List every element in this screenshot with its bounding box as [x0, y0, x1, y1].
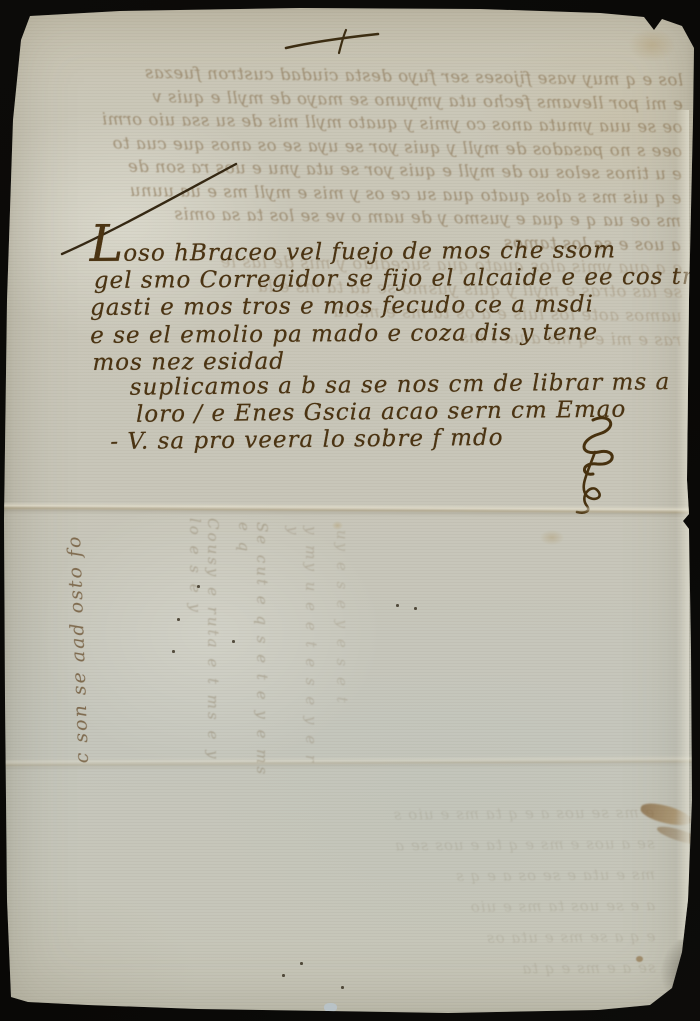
ink-speckle: [177, 618, 180, 621]
bleedthrough-line: e q a se ms e uta os: [55, 921, 655, 957]
brown-stain-streak: [639, 800, 693, 828]
invocation-cross-mark: [282, 26, 382, 56]
edge-mark: [324, 1003, 337, 1012]
bleedthrough-line: ms e uta e se os a e q s: [55, 859, 655, 895]
bleedthrough-line: oe se uua ymuta anos co ymis y quato myl…: [14, 106, 682, 139]
stain-spot: [628, 28, 676, 62]
petition-line: e se el emolio pa mado e coza dis y tene: [90, 319, 655, 350]
paper-sheet: los e q muy vase fijoses ser fuyo desta …: [0, 0, 700, 1021]
bleedthrough-column: y my u e e t e s e y e r y: [284, 526, 320, 778]
ink-speckle: [282, 974, 285, 977]
rubric-flourish: [535, 412, 635, 517]
petition-line: Loso hBraceo vel fuejo de mos che ssom: [89, 222, 654, 268]
ink-speckle: [300, 962, 303, 965]
bleedthrough-column: Se cut e q s e t e y e ms e q: [235, 522, 271, 778]
ink-speckle: [232, 640, 235, 643]
bleedthrough-line: e ms se uos a e q ta ms e uio s: [54, 797, 654, 833]
bleedthrough-vertical-columns: Cousy e ruta e t ms e y lo e s e y Se cu…: [186, 518, 351, 778]
ink-speckle: [197, 585, 200, 588]
ink-speckle: [414, 607, 417, 610]
bleedthrough-line: se a uos e ms e q ta e uos se a: [54, 828, 654, 864]
bleedthrough-line: e mi por llevams fecho uta ymyuno se may…: [15, 83, 683, 116]
bleedthrough-line: los e q muy vase fijoses ser fuyo desta …: [15, 59, 683, 92]
stain-spot: [636, 956, 643, 962]
ink-speckle: [172, 650, 175, 653]
margin-note-vertical: c son se aad osto fo: [63, 529, 93, 770]
bleedthrough-line: a e se uos ta ms e uio: [55, 890, 655, 926]
bleedthrough-line: se a e ms e q ta: [56, 952, 656, 988]
bleedthrough-column: Cousy e ruta e t ms e y lo e s e y: [186, 518, 222, 778]
petition-paragraph: Loso hBraceo vel fuejo de mos che ssom g…: [89, 222, 655, 377]
petition-line: gasti e mos tros e mos fecudo ce a msdi: [90, 291, 655, 322]
bleedthrough-column: uy e s e y e s e t: [333, 530, 351, 778]
ink-speckle: [341, 986, 344, 989]
bleedthrough-text-bottom: e ms se uos a e q ta ms e uio s se a uos…: [54, 797, 656, 988]
stain-spot: [540, 530, 564, 545]
petition-line: gel smo Corregidor se fijo el alcaide e …: [94, 264, 655, 295]
photo-background: los e q muy vase fijoses ser fuyo desta …: [0, 0, 700, 1021]
brown-stain-streak: [655, 823, 700, 848]
ink-speckle: [396, 604, 399, 607]
paper-edge-highlight: [676, 110, 689, 940]
corner-curl-shadow: [660, 935, 694, 1010]
